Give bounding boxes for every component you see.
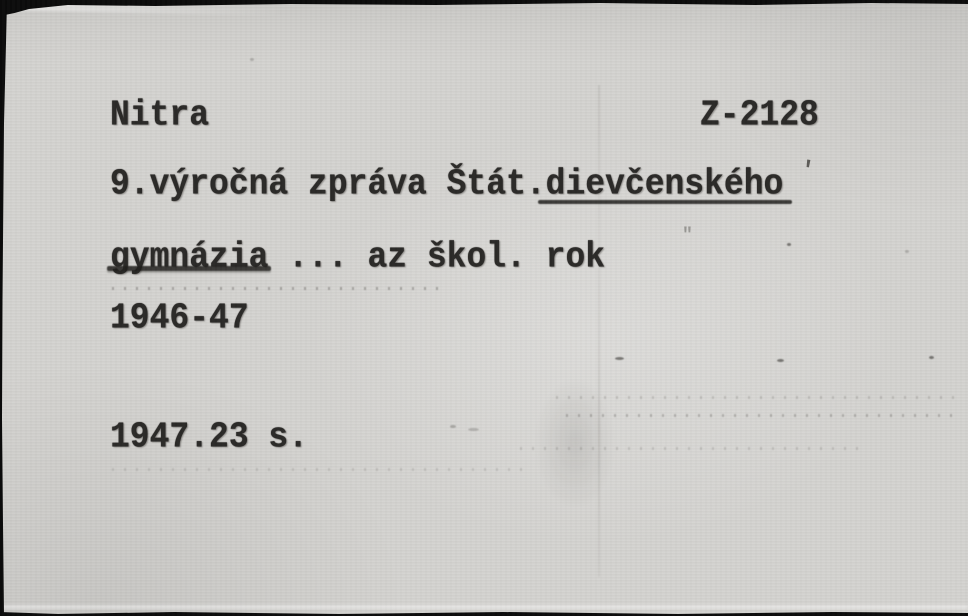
scan-speck [250,58,254,61]
underline-rule [107,266,271,271]
stray-apostrophe-mark: ' [798,157,816,186]
card-heading: Nitra [110,97,209,133]
ghost-dot-row [566,414,954,417]
scan-speck [468,428,479,431]
ghost-dot-row [112,468,532,471]
title-underlined-word-2: gymnázia [110,237,268,278]
imprint: 1947.23 s. [110,419,308,455]
school-year: 1946-47 [110,300,249,336]
scan-speck [905,250,909,253]
title-rest: ... az škol. rok [288,237,605,278]
scan-speck [777,359,784,362]
scan-speck [450,425,456,428]
scan-edge-left [0,0,12,616]
title-line-1: 9.výročná zpráva Štát.dievčenského [110,166,783,202]
title-underlined-word-1: dievčenského [546,164,784,205]
scan-light-sliver-bottom [0,605,968,609]
ghost-dot-row [556,396,956,399]
title-pre: 9.výročná zpráva Štát. [110,164,546,205]
catalog-card-scan: Nitra Z-2128 9.výročná zpráva Štát.dievč… [0,0,968,616]
scan-speck [787,243,791,246]
ghost-dot-row [520,447,860,450]
underline-rule [538,200,792,204]
scan-speck [929,356,934,359]
stray-quote-mark: " [682,226,693,246]
call-number: Z-2128 [700,97,819,133]
ghost-dot-row [112,287,445,290]
scan-speck [615,357,624,360]
